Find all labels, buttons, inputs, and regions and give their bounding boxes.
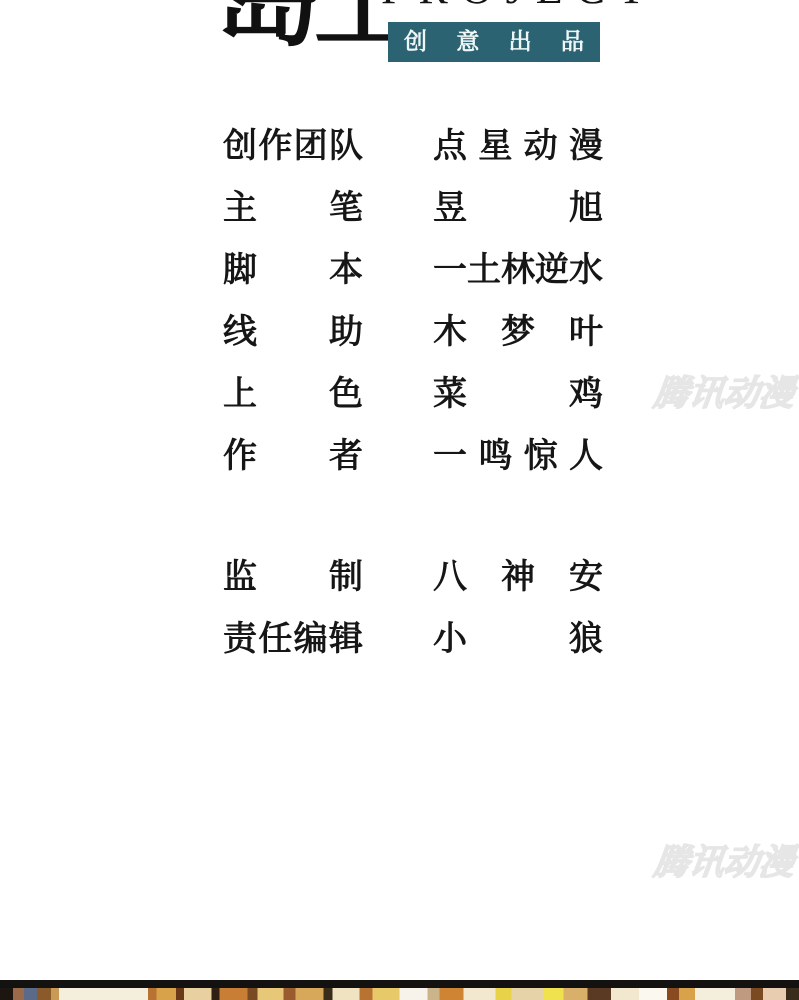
next-panel-image-strip — [0, 988, 799, 1000]
tencent-comics-watermark: 腾讯动漫 — [652, 843, 799, 883]
credit-role: 脚本 — [223, 252, 363, 288]
credit-row: 上色 菜鸡 — [223, 376, 603, 412]
credit-row: 主笔 昱旭 — [223, 190, 603, 226]
panel-border-bar — [0, 980, 799, 988]
credit-role: 监制 — [223, 559, 363, 595]
logo-english-title: PROJECT — [381, 0, 658, 11]
logo-badge-label: 创意出品 — [404, 22, 584, 62]
credit-role: 责任编辑 — [223, 621, 363, 657]
credits-list: 创作团队 点星动漫 主笔 昱旭 脚本 一土林逆水 线助 木梦叶 上色 菜鸡 作者… — [223, 128, 603, 683]
credit-name: 小狼 — [433, 621, 603, 657]
credit-role: 线助 — [223, 314, 363, 350]
credit-row: 监制 八神安 — [223, 559, 603, 595]
comic-credits-page: 岛上 PROJECT 创意出品 创作团队 点星动漫 主笔 昱旭 脚本 一土林逆水… — [0, 0, 799, 1000]
credit-role: 上色 — [223, 376, 363, 412]
credit-row: 创作团队 点星动漫 — [223, 128, 603, 164]
credit-name: 点星动漫 — [433, 128, 603, 164]
credit-role: 主笔 — [223, 190, 363, 226]
credit-role: 创作团队 — [223, 128, 363, 164]
logo-badge: 创意出品 — [388, 22, 600, 62]
credit-row: 脚本 一土林逆水 — [223, 252, 603, 288]
credit-name: 木梦叶 — [433, 314, 603, 350]
credit-name: 八神安 — [433, 559, 603, 595]
credit-name: 昱旭 — [433, 190, 603, 226]
tencent-comics-watermark: 腾讯动漫 — [652, 374, 799, 414]
credit-name: 一鸣惊人 — [433, 438, 603, 474]
credit-name: 一土林逆水 — [433, 252, 603, 288]
credit-role: 作者 — [223, 438, 363, 474]
credit-row: 作者 一鸣惊人 — [223, 438, 603, 474]
credit-name: 菜鸡 — [433, 376, 603, 412]
credit-row: 线助 木梦叶 — [223, 314, 603, 350]
credit-row: 责任编辑 小狼 — [223, 621, 603, 657]
